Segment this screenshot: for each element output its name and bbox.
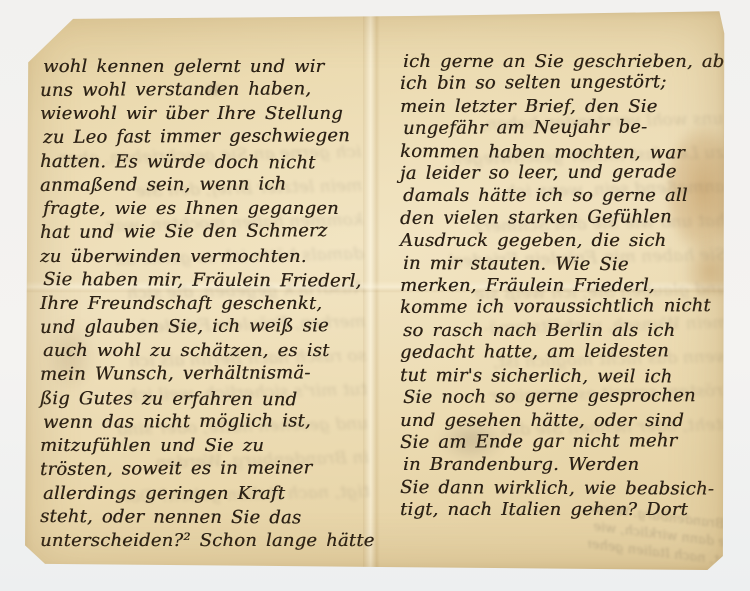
handwritten-line: mein Wunsch, verhältnismä- (40, 361, 372, 387)
handwritten-line: Sie haben mir, Fräulein Friederl, (43, 268, 372, 293)
handwritten-line: damals hätte ich so gerne all (403, 185, 734, 207)
letter-page-left: wohl kennen gelernt und wir uns wohl ver… (40, 55, 372, 553)
handwritten-line: und glauben Sie, ich weiß sie (40, 314, 372, 340)
handwritten-line: in mir stauten. Wie Sie (403, 253, 734, 277)
handwritten-line: mein letzter Brief, den Sie (400, 96, 734, 118)
handwritten-line: gedacht hatte, am leidesten (400, 340, 734, 364)
handwritten-line: Sie noch so gerne gesprochen (403, 385, 734, 409)
handwritten-line: zu überwinden vermochten. (40, 245, 372, 269)
handwritten-line: Ausdruck gegeben, die sich (400, 230, 734, 252)
handwritten-line: auch wohl zu schätzen, es ist (43, 339, 372, 363)
handwritten-line: so rasch nach Berlin als ich (403, 320, 734, 342)
handwritten-line: ja leider so leer, und gerade (400, 161, 734, 185)
handwritten-line: zu Leo fast immer geschwiegen (43, 124, 372, 150)
letter-page-right: ich gerne an Sie geschrieben, aber ich b… (400, 51, 734, 522)
handwritten-line: ich gerne an Sie geschrieben, aber (403, 51, 734, 73)
handwritten-line: ich bin so selten ungestört; (400, 71, 734, 95)
handwritten-line: komme ich voraussichtlich nicht (400, 295, 734, 319)
handwritten-line: trösten, soweit es in meiner (40, 456, 372, 482)
handwritten-line: fragte, wie es Ihnen gegangen (43, 197, 372, 221)
handwritten-line: Ihre Freundschaft geschenkt, (40, 292, 372, 316)
handwritten-line: anmaßend sein, wenn ich (40, 171, 372, 197)
handwritten-line: merken, Fräulein Friederl, (400, 275, 734, 297)
handwritten-line: und gesehen hätte, oder sind (400, 410, 734, 432)
handwritten-line: den vielen starken Gefühlen (400, 206, 734, 230)
handwritten-line: unterscheiden?² Schon lange hätte (40, 529, 372, 553)
handwritten-line: in Brandenburg. Werden (403, 454, 734, 476)
handwritten-line: wenn das nicht möglich ist, (43, 409, 372, 435)
handwritten-line: tigt, nach Italien gehen? Dort (400, 499, 734, 521)
handwritten-line: Sie am Ende gar nicht mehr (400, 430, 734, 454)
handwritten-line: wiewohl wir über Ihre Stellung (40, 102, 372, 126)
handwritten-line: mitzufühlen und Sie zu (40, 434, 372, 458)
handwritten-line: ungefähr am Neujahr be- (403, 116, 734, 140)
handwritten-line: wohl kennen gelernt und wir (43, 55, 372, 79)
handwritten-line: steht, oder nennen Sie das (40, 505, 372, 530)
handwritten-line: hat und wie Sie den Schmerz (40, 219, 372, 245)
handwritten-line: allerdings geringen Kraft (43, 482, 372, 506)
letter-scan: ich gerne an Sie geschrieben, aber mein … (24, 11, 725, 570)
handwritten-line: Sie dann wirklich, wie beabsich- (400, 477, 734, 501)
handwritten-line: uns wohl verstanden haben, (40, 77, 372, 103)
